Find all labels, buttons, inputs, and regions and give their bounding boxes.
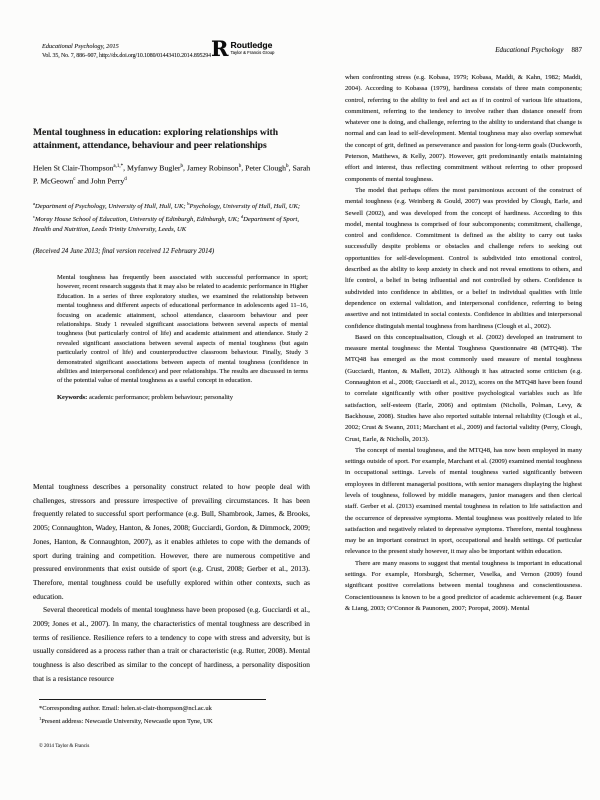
- scanned-paper-spread: Educational Psychology, 2015 Vol. 35, No…: [0, 0, 600, 800]
- body-paragraph: There are many reasons to suggest that m…: [345, 558, 582, 614]
- author: , Peter Clough: [241, 164, 286, 173]
- introduction-text: Mental toughness describes a personality…: [33, 480, 310, 686]
- abstract-text: Mental toughness has frequently been ass…: [57, 273, 308, 386]
- routledge-r-icon: R: [211, 38, 227, 59]
- affiliation: Moray House School of Education, Univers…: [35, 216, 241, 223]
- keywords-label: Keywords:: [57, 394, 87, 401]
- author-affiliation-mark: d: [124, 177, 127, 182]
- page-number: 887: [572, 46, 583, 54]
- running-head: Educational Psychology887: [345, 46, 582, 54]
- routledge-logo: R Routledge Taylor & Francis Group: [211, 38, 274, 59]
- copyright-line: © 2014 Taylor & Francis: [39, 744, 89, 749]
- footnotes: *Corresponding author. Email: helen.st-c…: [39, 704, 289, 727]
- keywords-line: Keywords: academic performance; problem …: [57, 393, 308, 402]
- author-affiliation-mark: a,1,*: [113, 164, 123, 169]
- present-address-text: Present address: Newcastle University, N…: [41, 718, 212, 725]
- author: , Myfanwy Bugler: [123, 164, 180, 173]
- body-paragraph: Several theoretical models of mental tou…: [33, 603, 310, 685]
- body-paragraph: The model that perhaps offers the most p…: [345, 185, 582, 332]
- page-887-text: when confronting stress (e.g. Kobasa, 19…: [345, 72, 582, 614]
- author: Helen St Clair-Thompson: [33, 164, 113, 173]
- affiliation: Department of Psychology, University of …: [35, 203, 187, 210]
- author: , Jamey Robinson: [183, 164, 239, 173]
- footnote-rule: [39, 699, 266, 700]
- abstract: Mental toughness has frequently been ass…: [57, 273, 308, 402]
- keywords-list: academic performance; problem behaviour;…: [87, 394, 233, 401]
- publisher-name: Routledge: [230, 41, 274, 50]
- body-paragraph: Mental toughness describes a personality…: [33, 480, 310, 603]
- running-head-journal: Educational Psychology: [495, 46, 563, 54]
- received-dates: (Received 24 June 2013; final version re…: [33, 248, 312, 255]
- author: and John Perry: [76, 177, 125, 186]
- present-address-footnote: 1Present address: Newcastle University, …: [39, 714, 289, 727]
- corresponding-author-footnote: *Corresponding author. Email: helen.st-c…: [39, 704, 289, 714]
- publisher-tagline: Taylor & Francis Group: [230, 50, 274, 56]
- body-paragraph: The concept of mental toughness, and the…: [345, 445, 582, 558]
- body-paragraph: Based on this conceptualisation, Clough …: [345, 332, 582, 445]
- author-list: Helen St Clair-Thompsona,1,*, Myfanwy Bu…: [33, 161, 312, 187]
- article-title: Mental toughness in education: exploring…: [33, 126, 312, 152]
- affiliation: Psychology, University of Hull, Hull, UK…: [189, 203, 300, 210]
- body-paragraph: when confronting stress (e.g. Kobasa, 19…: [345, 72, 582, 185]
- publisher-wordmark: Routledge Taylor & Francis Group: [230, 38, 274, 56]
- affiliations: aDepartment of Psychology, University of…: [33, 199, 312, 235]
